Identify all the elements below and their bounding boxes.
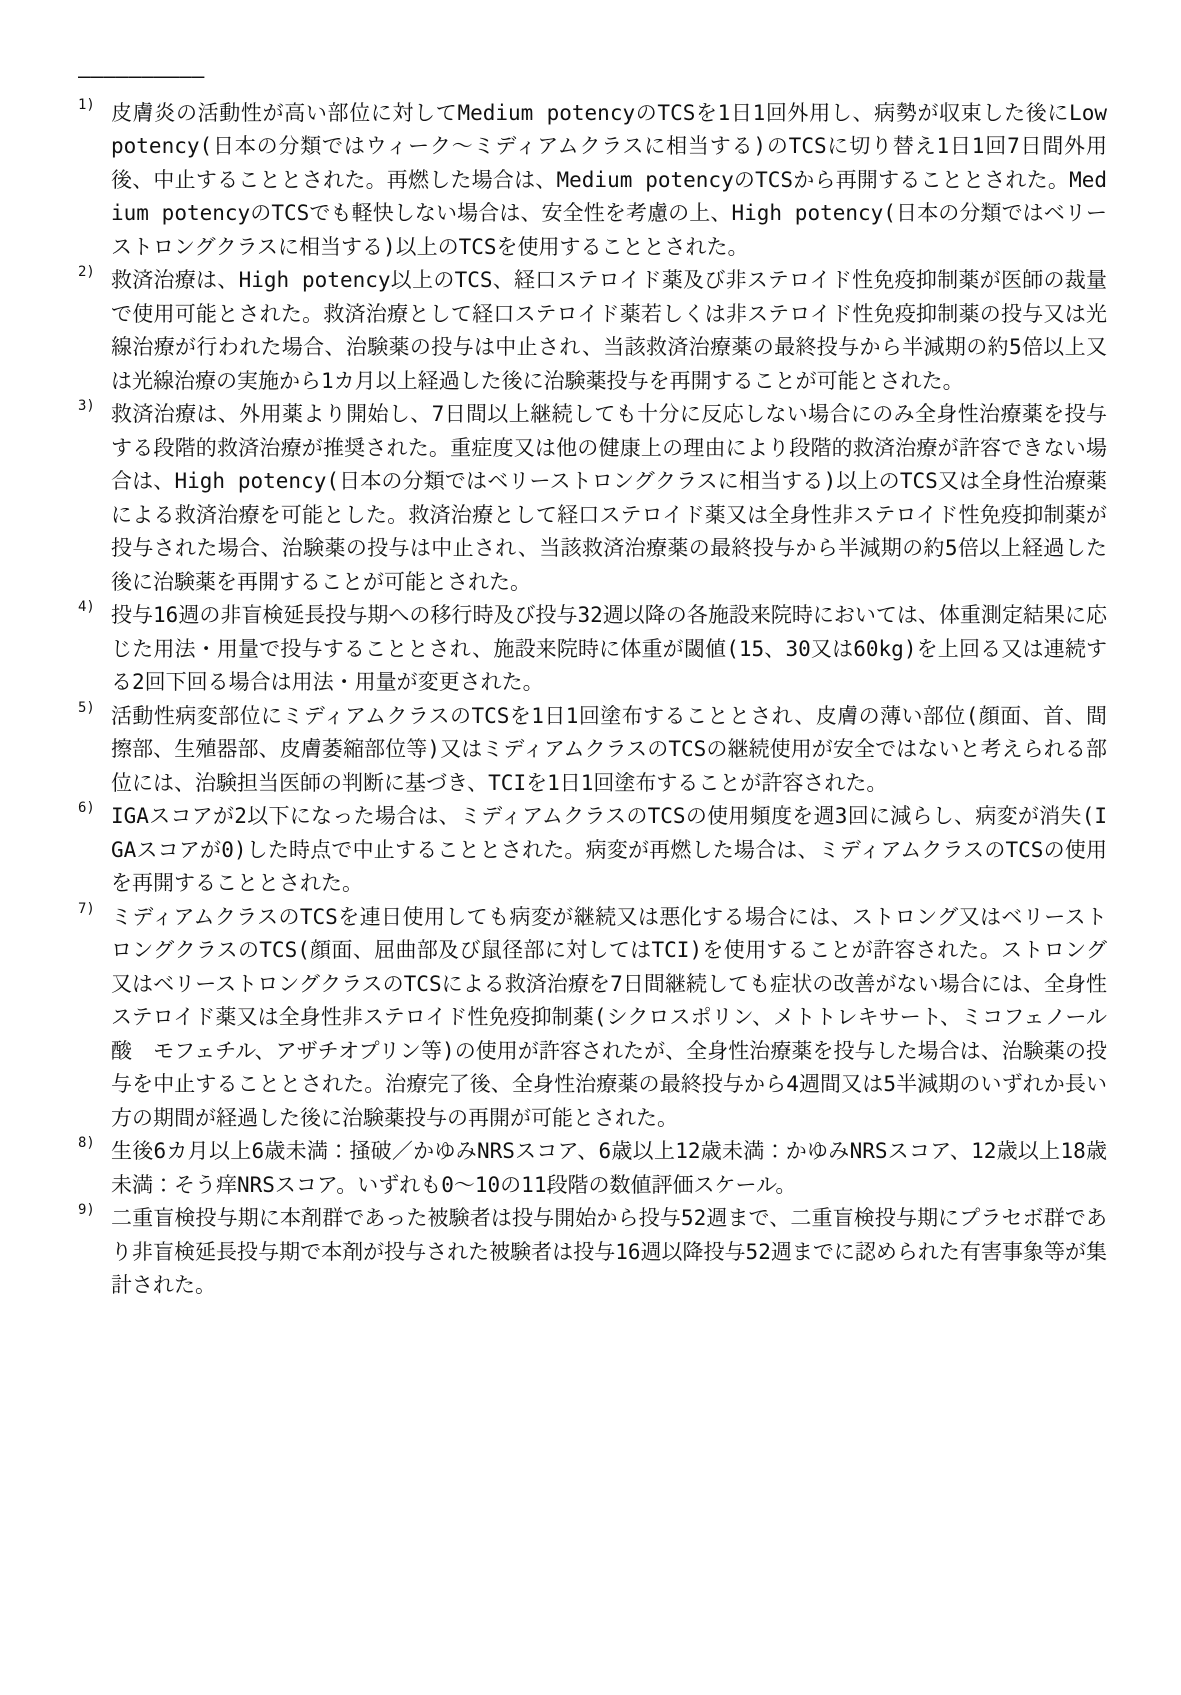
footnote-text: 活動性病変部位にミディアムクラスのTCSを1日1回塗布することとされ、皮膚の薄い… [111,704,1107,795]
footnote-marker: 2) [78,265,95,279]
footnote-marker: 9) [78,1203,95,1217]
footnote-text: 救済治療は、High potency以上のTCS、経口ステロイド薬及び非ステロイ… [111,268,1107,393]
footnote-text: ミディアムクラスのTCSを連日使用しても病変が継続又は悪化する場合には、ストロン… [111,905,1107,1130]
footnote-item-7: 7) ミディアムクラスのTCSを連日使用しても病変が継続又は悪化する場合には、ス… [78,901,1107,1136]
footnote-item-8: 8) 生後6カ月以上6歳未満：掻破／かゆみNRSスコア、6歳以上12歳未満：かゆ… [78,1135,1107,1202]
footnote-marker: 1) [78,98,95,112]
footnote-text: 二重盲検投与期に本剤群であった被験者は投与開始から投与52週まで、二重盲検投与期… [111,1206,1107,1297]
footnote-list: 1) 皮膚炎の活動性が高い部位に対してMedium potencyのTCSを1日… [78,97,1107,1303]
footnote-item-9: 9) 二重盲検投与期に本剤群であった被験者は投与開始から投与52週まで、二重盲検… [78,1202,1107,1303]
footnote-text: 生後6カ月以上6歳未満：掻破／かゆみNRSスコア、6歳以上12歳未満：かゆみNR… [111,1139,1107,1197]
document-page: { "page": { "divider": "——————————", "fo… [0,0,1181,1695]
footnote-text: IGAスコアが2以下になった場合は、ミディアムクラスのTCSの使用頻度を週3回に… [111,804,1107,895]
footnote-item-4: 4) 投与16週の非盲検延長投与期への移行時及び投与32週以降の各施設来院時にお… [78,599,1107,700]
footnotes-page: —————————— 1) 皮膚炎の活動性が高い部位に対してMedium pot… [0,0,1181,1695]
footnote-marker: 4) [78,600,95,614]
footnote-item-5: 5) 活動性病変部位にミディアムクラスのTCSを1日1回塗布することとされ、皮膚… [78,700,1107,801]
footnote-text: 投与16週の非盲検延長投与期への移行時及び投与32週以降の各施設来院時においては… [111,603,1107,694]
footnote-text: 皮膚炎の活動性が高い部位に対してMedium potencyのTCSを1日1回外… [111,101,1107,259]
section-divider: —————————— [78,60,1107,94]
footnote-marker: 5) [78,701,95,715]
footnote-item-1: 1) 皮膚炎の活動性が高い部位に対してMedium potencyのTCSを1日… [78,97,1107,265]
footnote-item-6: 6) IGAスコアが2以下になった場合は、ミディアムクラスのTCSの使用頻度を週… [78,800,1107,901]
footnote-marker: 6) [78,801,95,815]
footnote-marker: 3) [78,399,95,413]
footnote-marker: 7) [78,902,95,916]
footnote-text: 救済治療は、外用薬より開始し、7日間以上継続しても十分に反応しない場合にのみ全身… [111,402,1107,594]
footnote-item-2: 2) 救済治療は、High potency以上のTCS、経口ステロイド薬及び非ス… [78,264,1107,398]
footnote-item-3: 3) 救済治療は、外用薬より開始し、7日間以上継続しても十分に反応しない場合にの… [78,398,1107,599]
footnote-marker: 8) [78,1136,95,1150]
